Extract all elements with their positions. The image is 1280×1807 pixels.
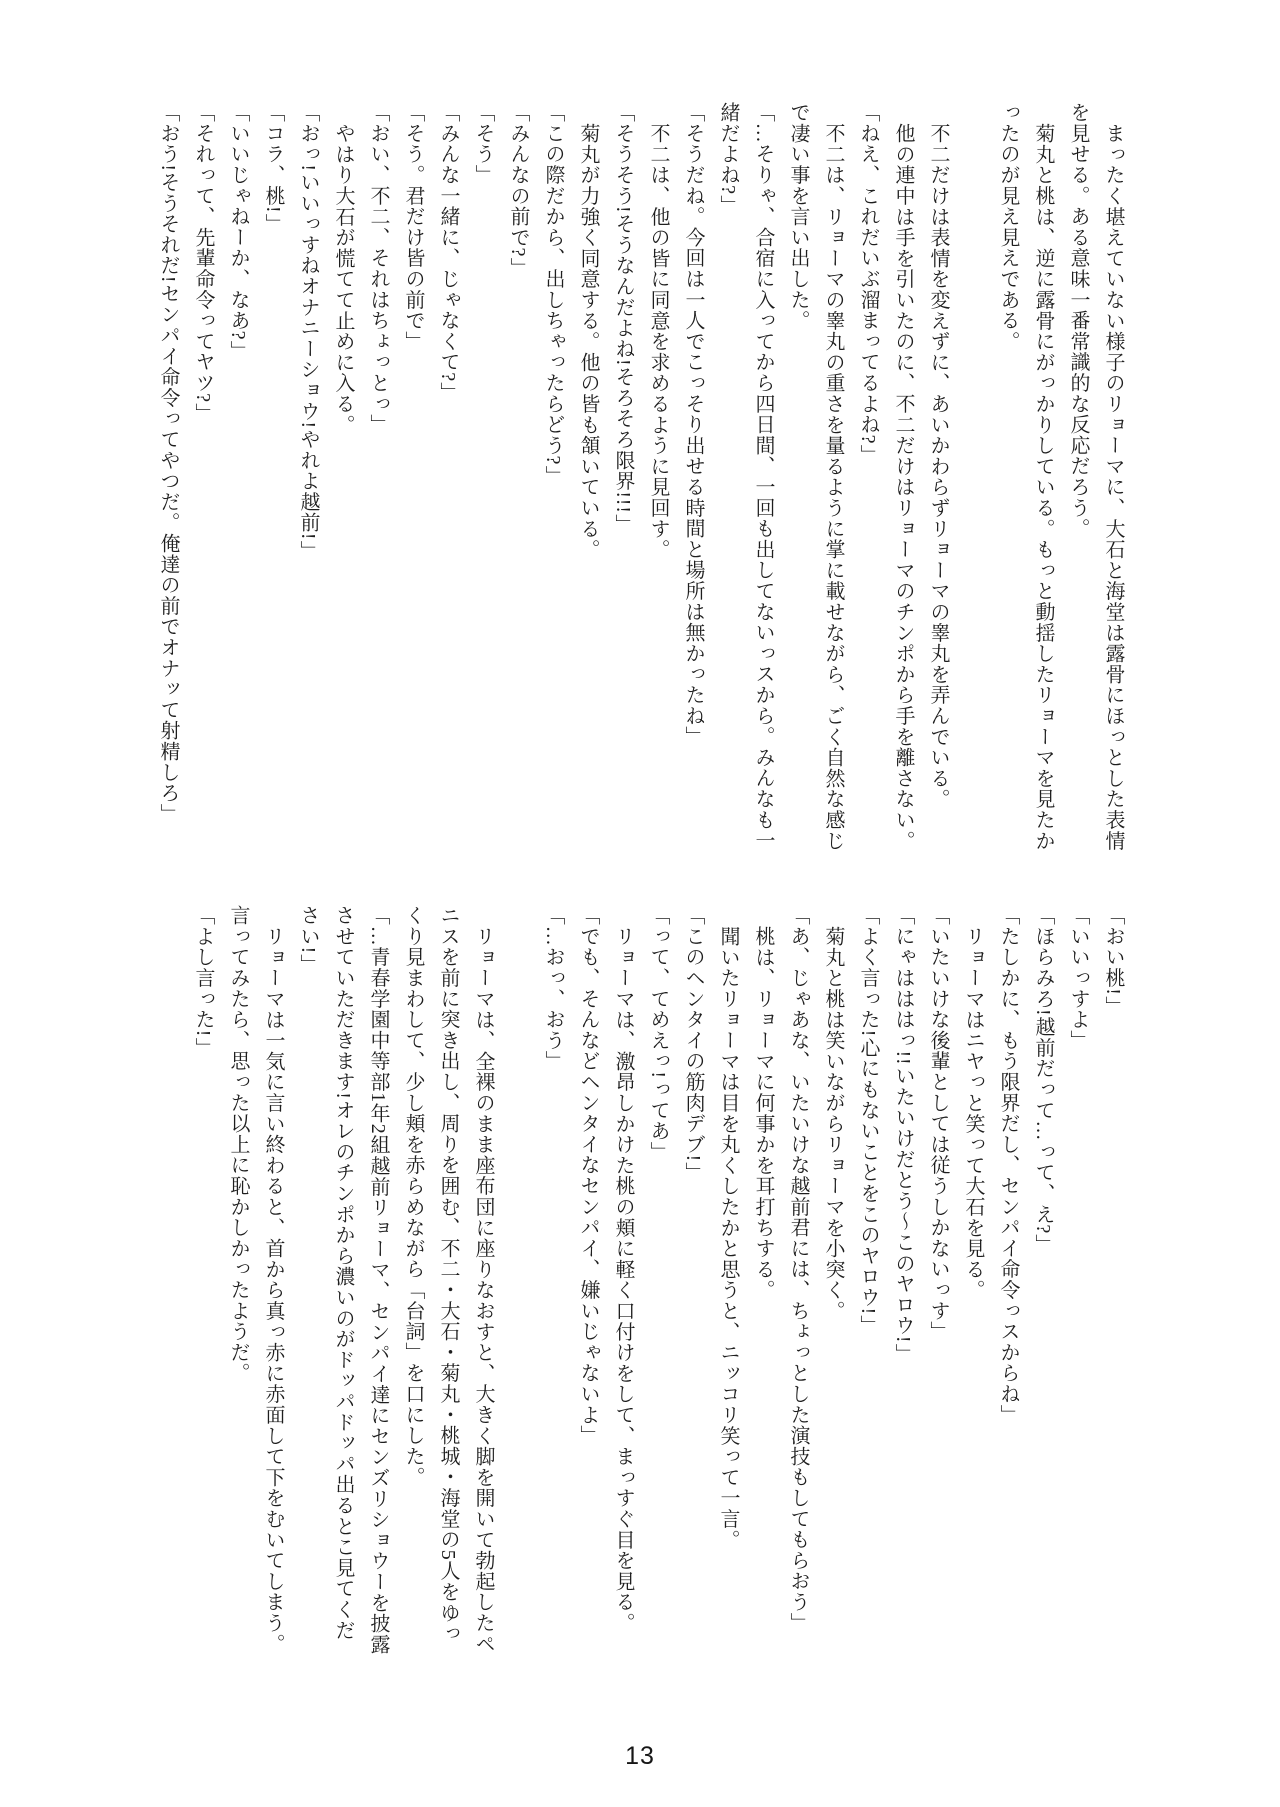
paragraph: 「たしかに、もう限界だし、センパイ命令っスからね」 [990, 905, 1025, 1657]
paragraph: 不二は、リョーマの睾丸の重さを量るように掌に載せながら、ごく自然な感じで凄い事を… [780, 102, 850, 854]
paragraph: 「そうそう!そうなんだよね!そろそろ限界!!!」 [605, 102, 640, 854]
paragraph: 「ほらみろ!越前だって…って、え?」 [1025, 905, 1060, 1657]
paragraph: 「おい、不二、それはちょっとっ」 [360, 102, 395, 854]
blank-line [955, 102, 990, 854]
paragraph: 「よく言った!心にもないことをこのヤロウ!」 [850, 905, 885, 1657]
paragraph: 「ねえ、これだいぶ溜まってるよね?」 [850, 102, 885, 854]
paragraph: 「よし言った!」 [185, 905, 220, 1657]
page-number: 13 [0, 1742, 1280, 1771]
paragraph: 菊丸が力強く同意する。他の皆も頷いている。 [570, 102, 605, 854]
paragraph: 「みんな一緒に、じゃなくて?」 [430, 102, 465, 854]
paragraph: 「いいじゃねーか、なあ?」 [220, 102, 255, 854]
paragraph: 「…そりゃ、合宿に入ってから四日間、一回も出してないっスから。みんなも一緒だよね… [710, 102, 780, 854]
paragraph: 「って、てめえっ!ってあ」 [640, 905, 675, 1657]
paragraph: 聞いたリョーマは目を丸くしたかと思うと、ニッコリ笑って一言。 [710, 905, 745, 1657]
paragraph: 「それって、先輩命令ってヤツ?」 [185, 102, 220, 854]
paragraph: 「そう。君だけ皆の前で」 [395, 102, 430, 854]
paragraph: 「にゃはははっ!!いたいけだとう〜このヤロウ!」 [885, 905, 920, 1657]
paragraph: リョーマはニヤっと笑って大石を見る。 [955, 905, 990, 1657]
paragraph: 「でも、そんなどヘンタイなセンパイ、嫌いじゃないよ」 [570, 905, 605, 1657]
paragraph: 他の連中は手を引いたのに、不二だけはリョーマのチンポから手を離さない。 [885, 102, 920, 854]
paragraph: 「おい桃!」 [1095, 905, 1130, 1657]
paragraph: 「おっ!いいっすねオナニーショウ!やれよ越前!」 [290, 102, 325, 854]
paragraph: 不二だけは表情を変えずに、あいかわらずリョーマの睾丸を弄んでいる。 [920, 102, 955, 854]
top-text-block: まったく堪えていない様子のリョーマに、大石と海堂は露骨にほっとした表情を見せる。… [150, 102, 1130, 854]
blank-line [500, 905, 535, 1657]
paragraph: 不二は、他の皆に同意を求めるように見回す。 [640, 102, 675, 854]
paragraph: 「コラ、桃!」 [255, 102, 290, 854]
paragraph: 「…おっ、おう」 [535, 905, 570, 1657]
paragraph: 「あ、じゃあな、いたいけな越前君には、ちょっとした演技もしてもらおう」 [780, 905, 815, 1657]
paragraph: 菊丸と桃は笑いながらリョーマを小突く。 [815, 905, 850, 1657]
paragraph: リョーマは、全裸のまま座布団に座りなおすと、大きく脚を開いて勃起したペニスを前に… [395, 905, 500, 1657]
paragraph: 「おう!そうそれだ!センパイ命令ってやつだ。俺達の前でオナッて射精しろ」 [150, 102, 185, 854]
paragraph: 「そうだね。今回は一人でこっそり出せる時間と場所は無かったね」 [675, 102, 710, 854]
document-page: まったく堪えていない様子のリョーマに、大石と海堂は露骨にほっとした表情を見せる。… [0, 0, 1280, 1807]
paragraph: 「…青春学園中等部1年2組越前リョーマ、センパイ達にセンズリショウーを披露させて… [290, 905, 395, 1657]
paragraph: 「この際だから、出しちゃったらどう?」 [535, 102, 570, 854]
paragraph: リョーマは一気に言い終わると、首から真っ赤に赤面して下をむいてしまう。言ってみた… [220, 905, 290, 1657]
paragraph: リョーマは、激昂しかけた桃の頬に軽く口付けをして、まっすぐ目を見る。 [605, 905, 640, 1657]
paragraph: 「そう」 [465, 102, 500, 854]
paragraph: まったく堪えていない様子のリョーマに、大石と海堂は露骨にほっとした表情を見せる。… [1060, 102, 1130, 854]
paragraph: 「いたいけな後輩としては従うしかないっす」 [920, 905, 955, 1657]
paragraph: 桃は、リョーマに何事かを耳打ちする。 [745, 905, 780, 1657]
paragraph: 「このヘンタイの筋肉デブ!」 [675, 905, 710, 1657]
paragraph: 「みんなの前で?」 [500, 102, 535, 854]
bottom-text-block: 「おい桃!」「いいっすよ」「ほらみろ!越前だって…って、え?」「たしかに、もう限… [185, 905, 1130, 1657]
paragraph: 菊丸と桃は、逆に露骨にがっかりしている。もっと動揺したリョーマを見たかったのが見… [990, 102, 1060, 854]
paragraph: やはり大石が慌てて止めに入る。 [325, 102, 360, 854]
paragraph: 「いいっすよ」 [1060, 905, 1095, 1657]
